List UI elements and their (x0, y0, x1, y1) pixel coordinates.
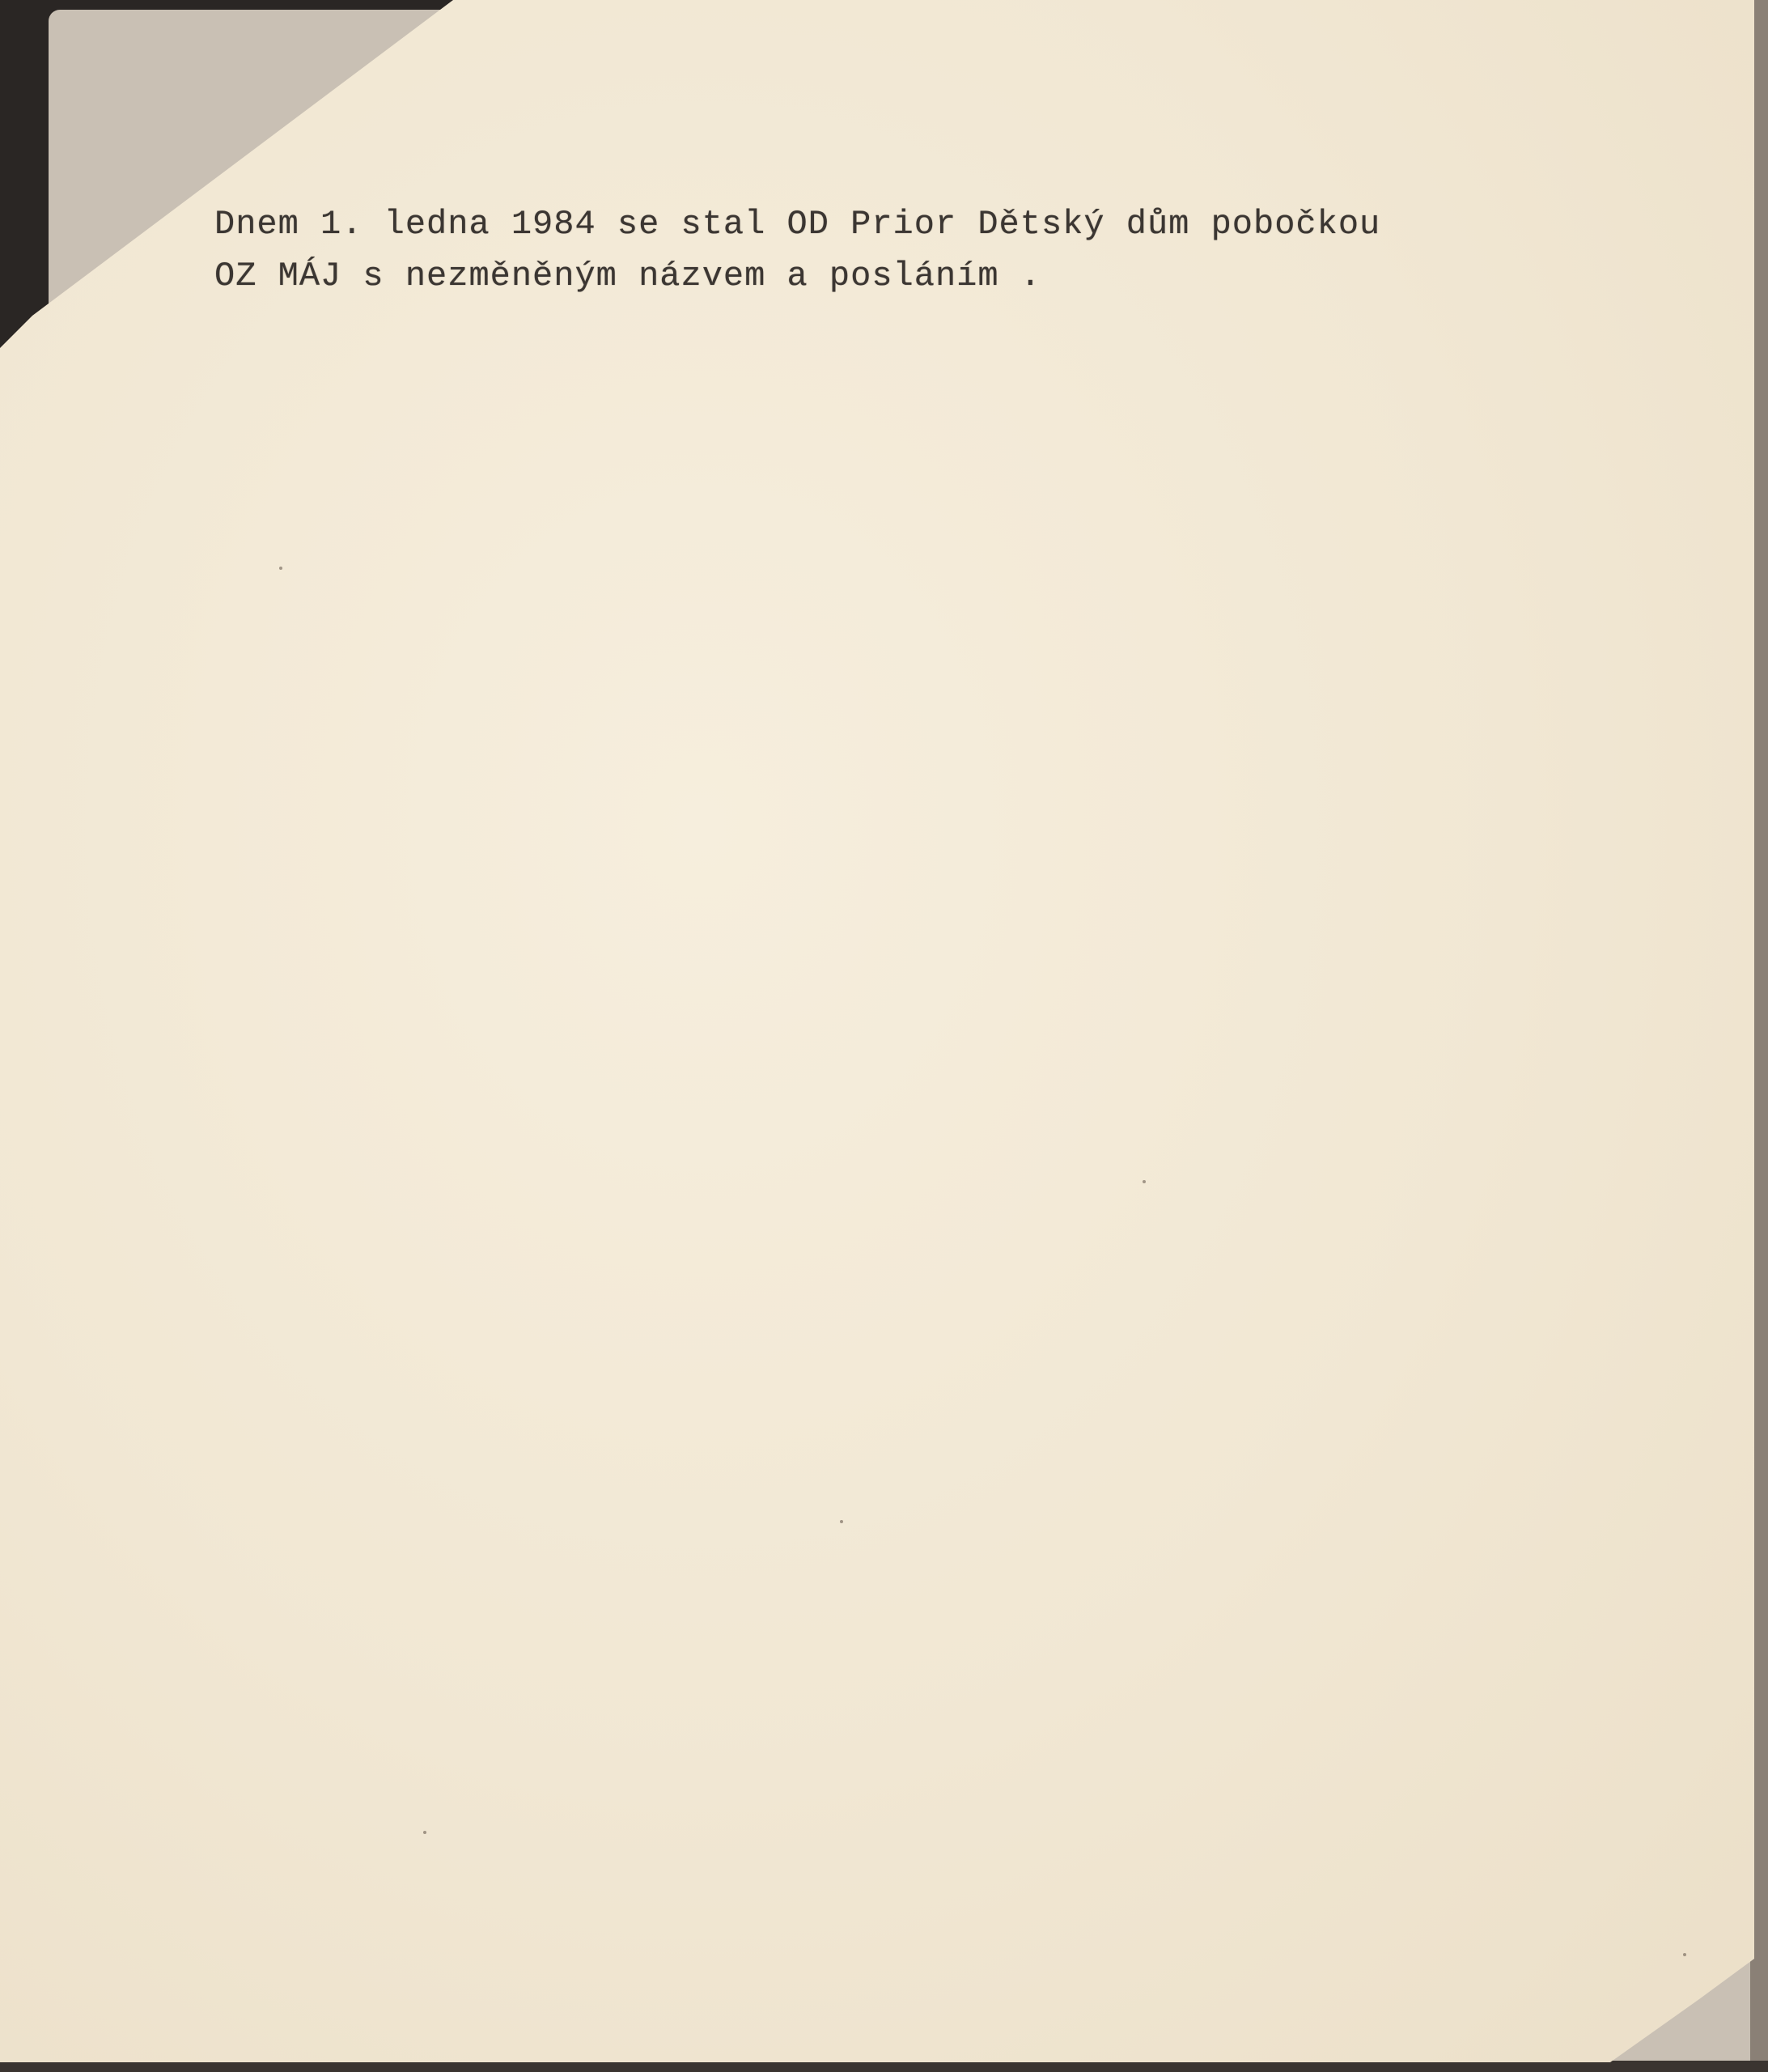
paper-speck (279, 567, 282, 570)
paper-speck (423, 1831, 426, 1834)
paper-speck (1143, 1180, 1146, 1183)
text-line-2: OZ MÁJ s nezměněným názvem a posláním . (214, 250, 1380, 302)
page-edge-bottom (0, 2061, 1768, 2072)
typewritten-text: Dnem 1. ledna 1984 se stal OD Prior Děts… (214, 198, 1380, 302)
paper-speck (840, 1520, 843, 1523)
paper-page: Dnem 1. ledna 1984 se stal OD Prior Děts… (0, 0, 1754, 2062)
text-line-1: Dnem 1. ledna 1984 se stal OD Prior Děts… (214, 198, 1380, 250)
paper-speck (1683, 1953, 1686, 1956)
